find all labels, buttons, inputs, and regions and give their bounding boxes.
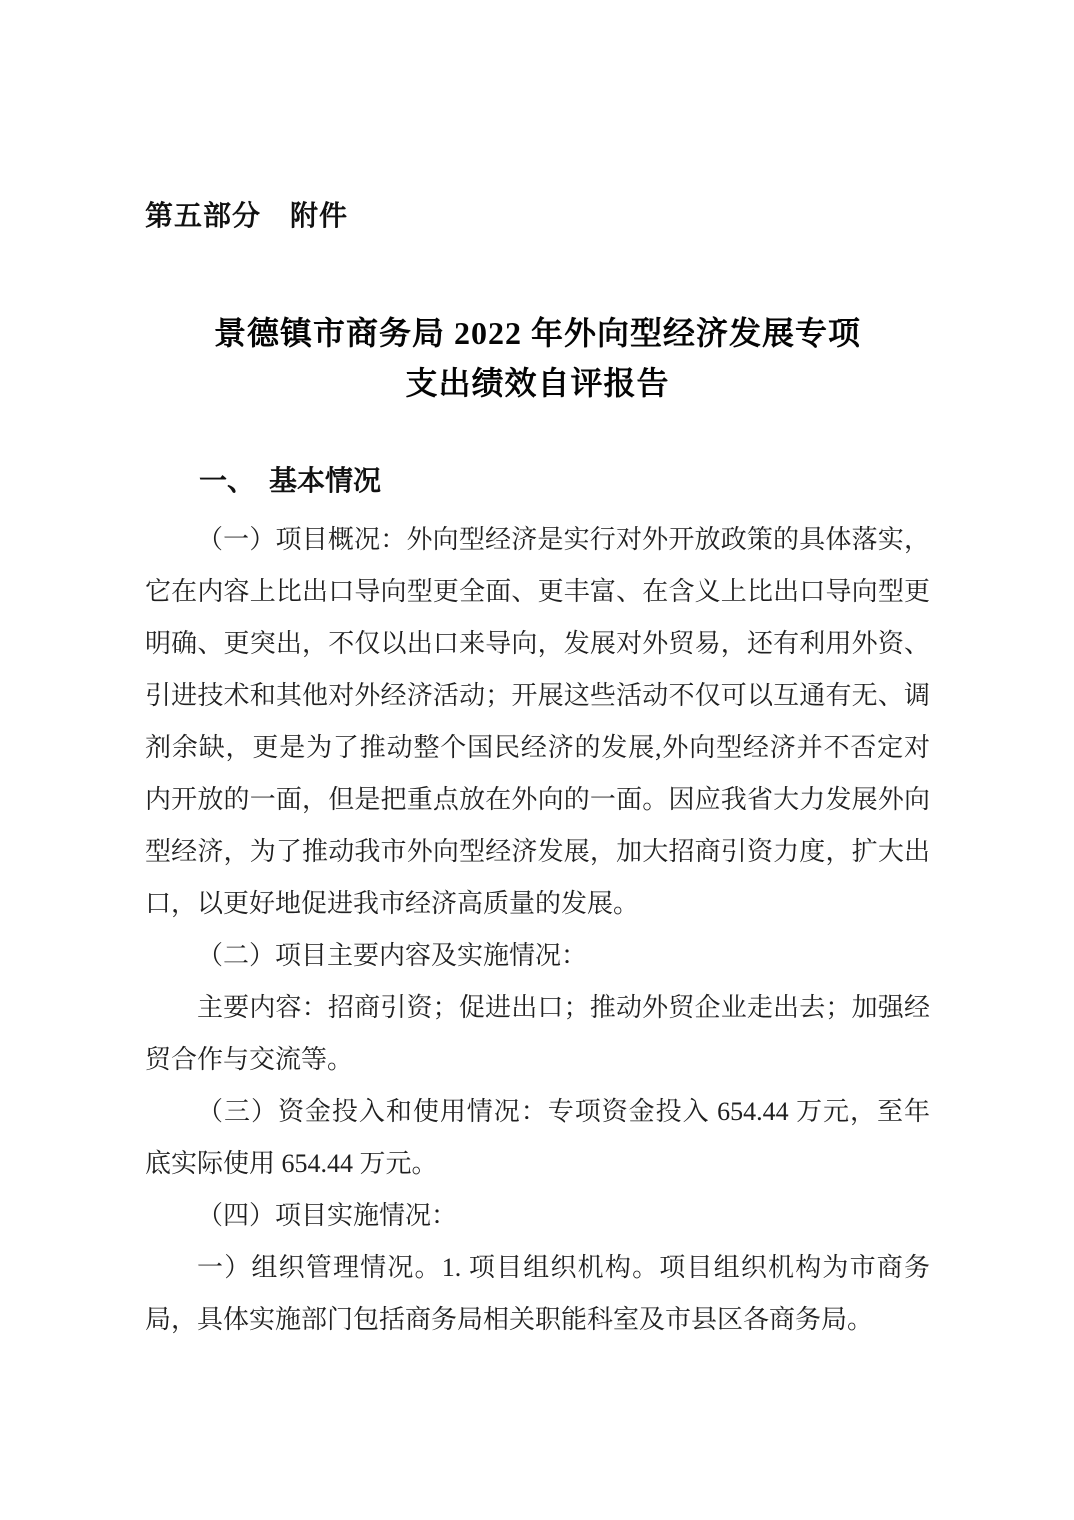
paragraph-main-content: 主要内容：招商引资；促进出口；推动外贸企业走出去；加强经贸合作与交流等。 — [145, 982, 930, 1086]
paragraph-implementation-heading: （四）项目实施情况： — [145, 1190, 930, 1242]
document-page: 第五部分 附件 景德镇市商务局 2022 年外向型经济发展专项 支出绩效自评报告… — [0, 0, 1074, 1520]
document-title: 景德镇市商务局 2022 年外向型经济发展专项 支出绩效自评报告 — [145, 308, 930, 408]
paragraph-organization-management: 一）组织管理情况。1. 项目组织机构。项目组织机构为市商务局，具体实施部门包括商… — [145, 1242, 930, 1346]
paragraph-main-content-heading: （二）项目主要内容及实施情况： — [145, 930, 930, 982]
document-title-line2: 支出绩效自评报告 — [145, 358, 930, 408]
part-heading: 第五部分 附件 — [145, 0, 930, 232]
section-heading-basic-info: 一、 基本情况 — [145, 464, 930, 498]
document-title-line1: 景德镇市商务局 2022 年外向型经济发展专项 — [145, 308, 930, 358]
document-body: （一）项目概况：外向型经济是实行对外开放政策的具体落实，它在内容上比出口导向型更… — [145, 514, 930, 1346]
paragraph-project-overview: （一）项目概况：外向型经济是实行对外开放政策的具体落实，它在内容上比出口导向型更… — [145, 514, 930, 930]
paragraph-funding-usage: （三）资金投入和使用情况：专项资金投入 654.44 万元，至年底实际使用 65… — [145, 1086, 930, 1190]
